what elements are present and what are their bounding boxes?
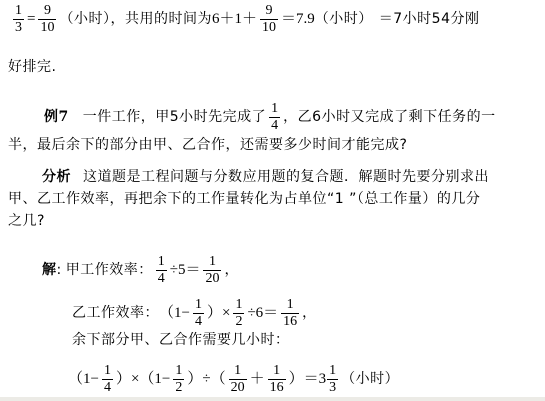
expression: ÷6＝ (247, 306, 278, 321)
denominator: 4 (156, 270, 167, 286)
numerator: 1 (193, 298, 204, 313)
denominator: 4 (193, 313, 204, 329)
denominator: 3 (327, 379, 338, 395)
expression: ）× (207, 306, 230, 321)
solution-line-jia: 解 : 甲工作效率： 14 ÷5＝ 120 ， (42, 253, 239, 287)
text: 这道题是工程问题与分数应用题的复合题．解题时先要分别求出 (83, 170, 489, 184)
fraction: 116 (281, 298, 299, 329)
fraction: 14 (156, 255, 167, 286)
example-label: 例7 (44, 110, 69, 124)
text: ，乙6小时又完成了剩下任务的一 (283, 110, 495, 124)
numerator: 1 (207, 255, 218, 270)
expression: ＋ (250, 372, 265, 387)
numerator: 1 (271, 364, 282, 379)
colon: : (57, 263, 62, 277)
denominator: 16 (281, 313, 299, 329)
numerator: 1 (285, 298, 296, 313)
numerator: 1 (102, 364, 113, 379)
expression: 6＋1＋ (212, 12, 257, 27)
solution-line-rest: 余下部分甲、乙合作需要几小时： (72, 328, 290, 352)
solution-line-yi: 乙工作效率： （1− 14 ）× 12 ÷6＝ 116 ， (72, 296, 317, 330)
numerator: 1 (327, 364, 338, 379)
numerator: 1 (232, 364, 243, 379)
expression: ÷5＝ (170, 263, 201, 278)
denominator: 16 (268, 379, 286, 395)
text: 好排完. (8, 60, 56, 74)
line-1: 13 = 910 （小时），共用的时间为 6＋1＋ 910 ＝7.9 （小时） … (10, 2, 479, 36)
text: （小时） (315, 12, 373, 26)
text: 甲工作效率： (66, 263, 153, 277)
fraction: 12 (233, 298, 244, 329)
text: ， (302, 306, 317, 320)
analysis-line-2: 甲、乙工作效率，再把余下的工作量转化为占单位“1 ”（总工作量）的几分 (8, 188, 480, 210)
analysis-line-1: 分析 这道题是工程问题与分数应用题的复合题．解题时先要分别求出 (42, 166, 489, 188)
solution-line-calc: （1− 14 ）×（1− 12 ）÷（ 120 ＋ 116 ）＝ 3 13 （小… (68, 362, 399, 396)
expression: ）×（1− (116, 372, 170, 387)
fraction: 14 (193, 298, 204, 329)
denominator: 3 (13, 19, 24, 35)
analysis-label: 分析 (42, 170, 71, 184)
solution-label: 解 (42, 263, 57, 277)
text: （小时） (341, 372, 399, 386)
expression: ）÷（ (187, 372, 225, 387)
fraction: 120 (229, 364, 247, 395)
mixed-number: 3 13 (319, 364, 342, 395)
numerator: 9 (42, 4, 53, 19)
fraction: 116 (268, 364, 286, 395)
bottom-border (0, 397, 545, 401)
fraction: 14 (102, 364, 113, 395)
text: ＝7小时54分刚 (379, 12, 480, 26)
equals: = (27, 12, 35, 27)
example-line-2: 半，最后余下的部分由甲、乙合作，还需要多少时间才能完成? (8, 128, 407, 162)
whole-part: 3 (319, 372, 327, 387)
fraction: 910 (260, 4, 278, 35)
text: 半，最后余下的部分由甲、乙合作，还需要多少时间才能完成? (8, 138, 407, 152)
numerator: 9 (263, 4, 274, 19)
denominator: 20 (229, 379, 247, 395)
text: 乙工作效率： (72, 306, 159, 320)
denominator: 4 (102, 379, 113, 395)
text: ， (224, 263, 239, 277)
text: 一件工作，甲5小时先完成了 (83, 110, 266, 124)
numerator: 1 (233, 298, 244, 313)
numerator: 1 (156, 255, 167, 270)
numerator: 1 (173, 364, 184, 379)
fraction: 13 (327, 364, 338, 395)
expression: （1− (159, 306, 190, 321)
text: 甲、乙工作效率，再把余下的工作量转化为占单位“1 ”（总工作量）的几分 (8, 192, 480, 206)
fraction: 13 (13, 4, 24, 35)
text: （小时），共用的时间为 (59, 12, 212, 26)
line-2: 好排完. (8, 50, 56, 84)
denominator: 20 (203, 270, 221, 286)
denominator: 2 (173, 379, 184, 395)
denominator: 2 (233, 313, 244, 329)
denominator: 10 (38, 19, 56, 35)
text: 余下部分甲、乙合作需要几小时： (72, 333, 290, 347)
expression: （1− (68, 372, 99, 387)
analysis-line-3: 之几? (8, 210, 45, 232)
numerator: 1 (269, 102, 280, 117)
fraction: 12 (173, 364, 184, 395)
numerator: 1 (13, 4, 24, 19)
fraction: 910 (38, 4, 56, 35)
fraction: 120 (203, 255, 221, 286)
denominator: 10 (260, 19, 278, 35)
expression: ＝7.9 (281, 12, 315, 27)
expression: ）＝ (289, 372, 319, 387)
text: 之几? (8, 214, 45, 228)
